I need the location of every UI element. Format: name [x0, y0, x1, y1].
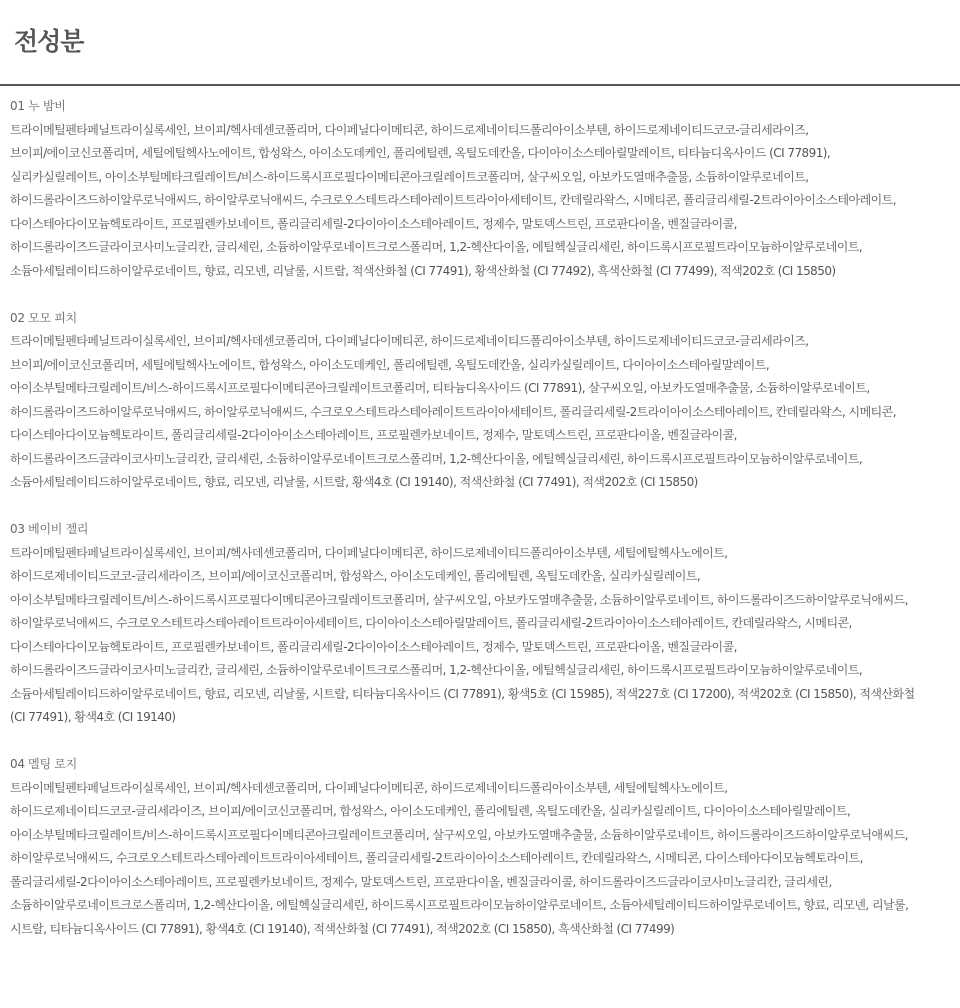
ingredient-line: 브이피/에이코신코폴리머, 세틸에틸헥사노에이트, 합성왁스, 아이소도데케인,… — [10, 354, 960, 378]
ingredient-line: 소듐하이알루로네이트크로스폴리머, 1,2-헥산다이올, 에틸헥실글리세린, 하… — [10, 894, 960, 918]
ingredient-line: 폴리글리세릴-2다이아이소스테아레이트, 프로필렌카보네이트, 정제수, 말토덱… — [10, 871, 960, 895]
ingredient-line: 하이드로제네이티드코코-글리세라이즈, 브이피/에이코신코폴리머, 합성왁스, … — [10, 565, 960, 589]
ingredient-line: 아이소부틸메타크릴레이트/비스-하이드록시프로필다이메티콘아크릴레이트코폴리머,… — [10, 824, 960, 848]
ingredient-line: 소듐아세틸레이티드하이알루로네이트, 향료, 리모넨, 리날룰, 시트랄, 황색… — [10, 471, 960, 495]
page-header: 전성분 — [0, 0, 960, 86]
ingredient-line: 아이소부틸메타크릴레이트/비스-하이드록시프로필다이메티콘아크릴레이트코폴리머,… — [10, 589, 960, 613]
product-name: 04 멜팅 로지 — [10, 753, 960, 777]
product-section: 02 모모 피치 트라이메틸펜타페닐트라이실록세인, 브이피/헥사데센코폴리머,… — [10, 307, 960, 495]
ingredient-line: 하이드롤라이즈드글라이코사미노글리칸, 글리세린, 소듐하이알루로네이트크로스폴… — [10, 448, 960, 472]
product-section: 01 누 밤비 트라이메틸펜타페닐트라이실록세인, 브이피/헥사데센코폴리머, … — [10, 95, 960, 283]
ingredient-line: 트라이메틸펜타페닐트라이실록세인, 브이피/헥사데센코폴리머, 다이페닐다이메티… — [10, 542, 960, 566]
ingredient-line: 시트랄, 티타늄디옥사이드 (CI 77891), 황색4호 (CI 19140… — [10, 918, 960, 942]
ingredient-line: 다이스테아다이모늄헥토라이트, 폴리글리세릴-2다이아이소스테아레이트, 프로필… — [10, 424, 960, 448]
ingredient-line: (CI 77491), 황색4호 (CI 19140) — [10, 706, 960, 730]
page-title: 전성분 — [14, 26, 960, 58]
product-name: 02 모모 피치 — [10, 307, 960, 331]
product-section: 04 멜팅 로지 트라이메틸펜타페닐트라이실록세인, 브이피/헥사데센코폴리머,… — [10, 753, 960, 941]
ingredient-line: 하이드롤라이즈드하이알루로닉애씨드, 하이알루로닉애씨드, 수크로오스테트라스테… — [10, 401, 960, 425]
ingredient-line: 아이소부틸메타크릴레이트/비스-하이드록시프로필다이메티콘아크릴레이트코폴리머,… — [10, 377, 960, 401]
ingredient-line: 하이알루로닉애씨드, 수크로오스테트라스테아레이트트라이아세테이트, 폴리글리세… — [10, 847, 960, 871]
ingredients-list: 01 누 밤비 트라이메틸펜타페닐트라이실록세인, 브이피/헥사데센코폴리머, … — [0, 86, 960, 941]
ingredient-line: 하이드롤라이즈드글라이코사미노글리칸, 글리세린, 소듐하이알루로네이트크로스폴… — [10, 659, 960, 683]
ingredient-line: 하이드롤라이즈드글라이코사미노글리칸, 글리세린, 소듐하이알루로네이트크로스폴… — [10, 236, 960, 260]
ingredient-line: 하이드로제네이티드코코-글리세라이즈, 브이피/에이코신코폴리머, 합성왁스, … — [10, 800, 960, 824]
ingredient-line: 트라이메틸펜타페닐트라이실록세인, 브이피/헥사데센코폴리머, 다이페닐다이메티… — [10, 119, 960, 143]
ingredient-line: 소듐아세틸레이티드하이알루로네이트, 향료, 리모넨, 리날룰, 시트랄, 적색… — [10, 260, 960, 284]
ingredient-line: 트라이메틸펜타페닐트라이실록세인, 브이피/헥사데센코폴리머, 다이페닐다이메티… — [10, 330, 960, 354]
ingredient-line: 하이드롤라이즈드하이알루로닉애씨드, 하이알루로닉애씨드, 수크로오스테트라스테… — [10, 189, 960, 213]
ingredient-line: 실리카실릴레이트, 아이소부틸메타크릴레이트/비스-하이드록시프로필다이메티콘아… — [10, 166, 960, 190]
ingredient-line: 하이알루로닉애씨드, 수크로오스테트라스테아레이트트라이아세테이트, 다이아이소… — [10, 612, 960, 636]
product-section: 03 베이비 젤리 트라이메틸펜타페닐트라이실록세인, 브이피/헥사데센코폴리머… — [10, 518, 960, 730]
ingredient-line: 다이스테아다이모늄헥토라이트, 프로필렌카보네이트, 폴리글리세릴-2다이아이소… — [10, 636, 960, 660]
ingredient-line: 다이스테아다이모늄헥토라이트, 프로필렌카보네이트, 폴리글리세릴-2다이아이소… — [10, 213, 960, 237]
product-name: 01 누 밤비 — [10, 95, 960, 119]
ingredient-line: 브이피/에이코신코폴리머, 세틸에틸헥사노에이트, 합성왁스, 아이소도데케인,… — [10, 142, 960, 166]
product-name: 03 베이비 젤리 — [10, 518, 960, 542]
ingredient-line: 트라이메틸펜타페닐트라이실록세인, 브이피/헥사데센코폴리머, 다이페닐다이메티… — [10, 777, 960, 801]
ingredient-line: 소듐아세틸레이티드하이알루로네이트, 향료, 리모넨, 리날룰, 시트랄, 티타… — [10, 683, 960, 707]
